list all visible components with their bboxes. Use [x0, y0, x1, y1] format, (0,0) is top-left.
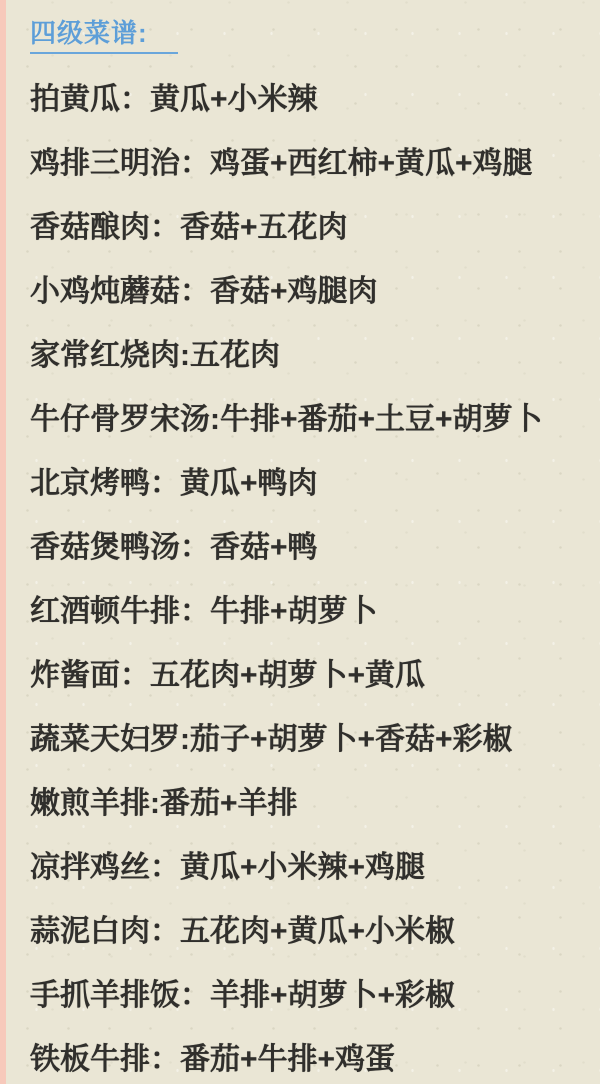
recipe-line: 凉拌鸡丝：黄瓜+小米辣+鸡腿	[30, 836, 594, 900]
recipe-line: 香菇煲鸭汤：香菇+鸭	[30, 516, 594, 580]
recipe-list: 拍黄瓜：黄瓜+小米辣 鸡排三明治：鸡蛋+西红柿+黄瓜+鸡腿 香菇酿肉：香菇+五花…	[30, 68, 594, 1084]
recipe-line: 蔬菜天妇罗:茄子+胡萝卜+香菇+彩椒	[30, 708, 594, 772]
recipe-line: 炸酱面：五花肉+胡萝卜+黄瓜	[30, 644, 594, 708]
recipe-line: 手抓羊排饭：羊排+胡萝卜+彩椒	[30, 964, 594, 1028]
note-content: 四级菜谱: 拍黄瓜：黄瓜+小米辣 鸡排三明治：鸡蛋+西红柿+黄瓜+鸡腿 香菇酿肉…	[30, 0, 594, 1084]
recipe-line: 牛仔骨罗宋汤:牛排+番茄+土豆+胡萝卜	[30, 388, 594, 452]
recipe-line: 拍黄瓜：黄瓜+小米辣	[30, 68, 594, 132]
recipe-note-page: 四级菜谱: 拍黄瓜：黄瓜+小米辣 鸡排三明治：鸡蛋+西红柿+黄瓜+鸡腿 香菇酿肉…	[0, 0, 600, 1084]
recipe-line: 小鸡炖蘑菇：香菇+鸡腿肉	[30, 260, 594, 324]
recipe-line: 香菇酿肉：香菇+五花肉	[30, 196, 594, 260]
page-title: 四级菜谱:	[30, 17, 178, 54]
recipe-line: 家常红烧肉:五花肉	[30, 324, 594, 388]
recipe-line: 嫩煎羊排:番茄+羊排	[30, 772, 594, 836]
recipe-line: 蒜泥白肉：五花肉+黄瓜+小米椒	[30, 900, 594, 964]
recipe-line: 北京烤鸭：黄瓜+鸭肉	[30, 452, 594, 516]
recipe-line: 红酒顿牛排：牛排+胡萝卜	[30, 580, 594, 644]
recipe-line: 铁板牛排：番茄+牛排+鸡蛋	[30, 1028, 594, 1084]
recipe-line: 鸡排三明治：鸡蛋+西红柿+黄瓜+鸡腿	[30, 132, 594, 196]
left-edge-strip	[0, 0, 6, 1084]
